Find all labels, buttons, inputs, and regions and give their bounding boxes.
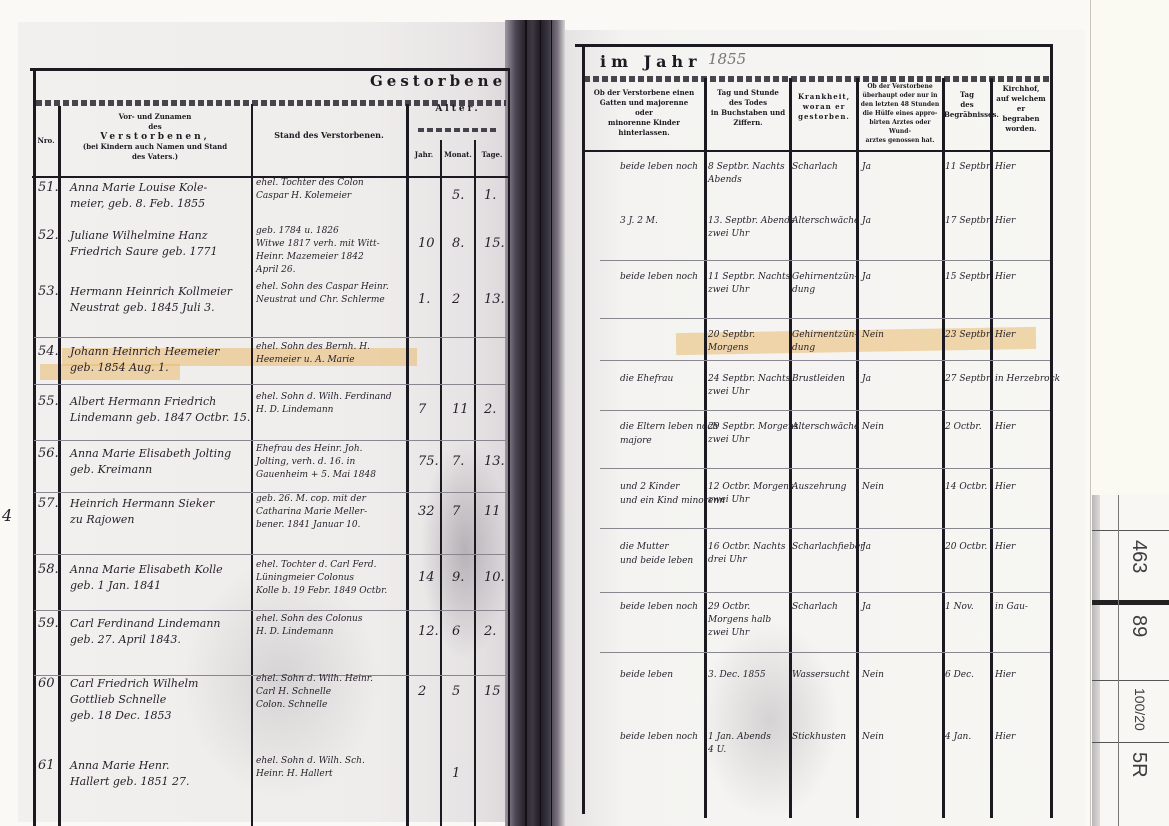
survivors: beide leben noch — [620, 600, 698, 615]
deceased-name: Anna Marie Elisabeth Kolle — [70, 562, 223, 577]
header-jahr: Jahr. — [408, 150, 440, 160]
deceased-name: Gottlieb Schnelle — [70, 692, 166, 707]
physician-attended: Nein — [862, 668, 884, 683]
survivors: und beide leben — [620, 554, 693, 569]
cause-of-death: Scharlach — [792, 600, 838, 615]
header-tag-stunde: Tag und Stunde des Todes in Buchstaben u… — [707, 88, 789, 128]
deceased-name: geb. 1854 Aug. 1. — [70, 360, 169, 375]
deceased-status: bener. 1841 Januar 10. — [256, 518, 360, 533]
age-years: 75. — [418, 454, 439, 469]
deceased-name: Hermann Heinrich Kollmeier — [70, 284, 232, 299]
gutter-line — [551, 20, 552, 826]
cemetery: Hier — [995, 540, 1015, 555]
cause-of-death: Wassersucht — [792, 668, 850, 683]
survivors: beide leben — [620, 668, 673, 683]
row-number: 61 — [38, 758, 55, 773]
cause-of-death: Alterschwäche — [792, 420, 859, 435]
burial-date: 27 Septbr. — [945, 372, 992, 387]
survivors: 3 J. 2 M. — [620, 214, 658, 229]
deceased-name: Hallert geb. 1851 27. — [70, 774, 189, 789]
survivors: die Mutter — [620, 540, 669, 555]
deceased-status: Neustrat und Chr. Schlerme — [256, 293, 385, 308]
age-days: 1. — [484, 188, 496, 203]
deceased-status: Heinr. H. Hallert — [256, 767, 333, 782]
age-years: 12. — [418, 624, 439, 639]
cause-of-death: dung — [792, 341, 815, 356]
margin-mark: 4 — [2, 508, 12, 523]
burial-date: 23 Septbr. — [945, 328, 992, 343]
deceased-status: Caspar H. Kolemeier — [256, 189, 351, 204]
page-title-left: Gestorbene — [370, 72, 506, 90]
death-date-time: Morgens — [708, 341, 748, 356]
survivors: majore — [620, 434, 652, 449]
deceased-name: Anna Marie Louise Kole- — [70, 180, 207, 195]
deceased-name: Johann Heinrich Heemeier — [70, 344, 219, 359]
cause-of-death: Scharlach — [792, 160, 838, 175]
row-number: 56. — [38, 446, 59, 461]
death-date-time: zwei Uhr — [708, 385, 749, 400]
header-krankheit: Krankheit, woran er gestorben. — [792, 92, 856, 122]
deceased-status: H. D. Lindemann — [256, 403, 333, 418]
header-alter: Alter. — [408, 104, 508, 114]
deceased-status: Kolle b. 19 Febr. 1849 Octbr. — [256, 584, 387, 599]
deceased-status: H. D. Lindemann — [256, 625, 333, 640]
deceased-name: geb. Kreimann — [70, 462, 152, 477]
cemetery: Hier — [995, 270, 1015, 285]
physician-attended: Nein — [862, 420, 884, 435]
physician-attended: Ja — [862, 214, 871, 229]
deceased-status: April 26. — [256, 263, 296, 278]
cause-of-death: Brustleiden — [792, 372, 845, 387]
survivors: beide leben noch — [620, 160, 698, 175]
header-hinterlassen: Ob der Verstorbene einen Gatten und majo… — [586, 88, 702, 138]
survivors: beide leben noch — [620, 270, 698, 285]
header-arzt: Ob der Verstorbene überhaupt oder nur in… — [859, 82, 941, 145]
deceased-name: geb. 18 Dec. 1853 — [70, 708, 172, 723]
deceased-status: Colon. Schnelle — [256, 698, 327, 713]
cemetery: Hier — [995, 328, 1015, 343]
cemetery: Hier — [995, 214, 1015, 229]
cemetery: Hier — [995, 480, 1015, 495]
age-years: 1. — [418, 292, 430, 307]
deceased-name: Albert Hermann Friedrich — [70, 394, 216, 409]
burial-date: 6 Dec. — [945, 668, 974, 683]
physician-attended: Ja — [862, 372, 871, 387]
row-number: 57. — [38, 496, 59, 511]
row-number: 59. — [38, 616, 59, 631]
physician-attended: Nein — [862, 730, 884, 745]
age-months: 1 — [452, 766, 460, 781]
deceased-name: Anna Marie Elisabeth Jolting — [70, 446, 231, 461]
cemetery: in Herzebrock — [995, 372, 1060, 387]
deceased-name: geb. 1 Jan. 1841 — [70, 578, 161, 593]
physician-attended: Ja — [862, 270, 871, 285]
death-date-time: zwei Uhr — [708, 433, 749, 448]
physician-attended: Nein — [862, 480, 884, 495]
age-days: 13. — [484, 292, 505, 307]
cemetery: Hier — [995, 420, 1015, 435]
death-date-time: zwei Uhr — [708, 626, 749, 641]
physician-attended: Ja — [862, 600, 871, 615]
gutter-line — [540, 20, 541, 826]
header-stand: Stand des Verstorbenen. — [254, 130, 404, 140]
cemetery: in Gau- — [995, 600, 1028, 615]
age-years: 2 — [418, 684, 426, 699]
age-days: 15 — [484, 684, 501, 699]
death-date-time: zwei Uhr — [708, 493, 749, 508]
header-tage: Tage. — [476, 150, 508, 160]
cause-of-death: Auszehrung — [792, 480, 846, 495]
burial-date: 15 Septbr. — [945, 270, 992, 285]
physician-attended: Ja — [862, 540, 871, 555]
cemetery: Hier — [995, 160, 1015, 175]
deceased-name: Juliane Wilhelmine Hanz — [70, 228, 208, 243]
header-name: Vor- und Zunamen des Verstorbenen, (bei … — [60, 112, 250, 162]
header-nr: Nro. — [34, 136, 58, 146]
burial-date: 14 Octbr. — [945, 480, 987, 495]
age-years: 14 — [418, 570, 435, 585]
age-days: 15. — [484, 236, 505, 251]
archive-label-89: 89 — [1127, 615, 1150, 637]
age-months: 8. — [452, 236, 464, 251]
header-kirchhof: Kirchhof, auf welchem er begraben worden… — [992, 84, 1050, 134]
age-months: 2 — [452, 292, 460, 307]
age-years: 32 — [418, 504, 435, 519]
age-months: 9. — [452, 570, 464, 585]
cemetery: Hier — [995, 730, 1015, 745]
burial-date: 17 Septbr. — [945, 214, 992, 229]
age-days: 2. — [484, 624, 496, 639]
deceased-status: Gauenheim + 5. Mai 1848 — [256, 468, 376, 483]
row-number: 52. — [38, 228, 59, 243]
age-days: 2. — [484, 402, 496, 417]
book-gutter — [505, 20, 565, 826]
deceased-name: Lindemann geb. 1847 Octbr. 15. — [70, 410, 250, 425]
header-monat: Monat. — [442, 150, 474, 160]
cause-of-death: Alterschwäche — [792, 214, 859, 229]
cemetery: Hier — [995, 668, 1015, 683]
survivors: und 2 Kinder — [620, 480, 680, 495]
age-months: 11 — [452, 402, 469, 417]
row-number: 53. — [38, 284, 59, 299]
burial-date: 2 Octbr. — [945, 420, 982, 435]
deceased-name: Friedrich Saure geb. 1771 — [70, 244, 218, 259]
deceased-status: Heemeier u. A. Marie — [256, 353, 355, 368]
row-number: 58. — [38, 562, 59, 577]
cause-of-death: Stickhusten — [792, 730, 846, 745]
age-months: 6 — [452, 624, 460, 639]
gutter-line — [525, 20, 527, 826]
archive-label-463: 463 — [1127, 540, 1150, 573]
age-days: 13. — [484, 454, 505, 469]
row-number: 51. — [38, 180, 59, 195]
survivors: beide leben noch — [620, 730, 698, 745]
age-days: 10. — [484, 570, 505, 585]
register-year: 1855 — [708, 50, 746, 68]
age-months: 5. — [452, 188, 464, 203]
death-date-time: zwei Uhr — [708, 227, 749, 242]
age-months: 7 — [452, 504, 460, 519]
deceased-name: Carl Friedrich Wilhelm — [70, 676, 198, 691]
row-number: 55. — [38, 394, 59, 409]
physician-attended: Nein — [862, 328, 884, 343]
survivors: die Ehefrau — [620, 372, 673, 387]
deceased-name: meier, geb. 8. Feb. 1855 — [70, 196, 205, 211]
age-days: 11 — [484, 504, 501, 519]
header-begraebnis: Tag des Begräbnisses. — [944, 90, 990, 120]
death-date-time: Abends — [708, 173, 742, 188]
deceased-name: Anna Marie Henr. — [70, 758, 170, 773]
burial-date: 20 Octbr. — [945, 540, 987, 555]
survivors: die Eltern leben noch — [620, 420, 718, 435]
deceased-name: Neustrat geb. 1845 Juli 3. — [70, 300, 215, 315]
death-date-time: 4 U. — [708, 743, 726, 758]
cause-of-death: Scharlachfieber — [792, 540, 864, 555]
page-title-right: im Jahr — [600, 52, 702, 71]
deceased-name: Heinrich Hermann Sieker — [70, 496, 214, 511]
deceased-name: geb. 27. April 1843. — [70, 632, 181, 647]
archive-label-100-20: 100/20 — [1132, 688, 1148, 731]
ink-smudge — [700, 620, 840, 820]
row-number: 60 — [38, 676, 55, 691]
death-date-time: 3. Dec. 1855 — [708, 668, 766, 683]
death-date-time: drei Uhr — [708, 553, 747, 568]
burial-date: 1 Nov. — [945, 600, 974, 615]
cause-of-death: dung — [792, 283, 815, 298]
row-number: 54. — [38, 344, 59, 359]
age-years: 10 — [418, 236, 435, 251]
age-months: 7. — [452, 454, 464, 469]
age-months: 5 — [452, 684, 460, 699]
burial-date: 4 Jan. — [945, 730, 971, 745]
physician-attended: Ja — [862, 160, 871, 175]
age-years: 7 — [418, 402, 426, 417]
archive-label-5r: 5R — [1127, 752, 1150, 778]
deceased-name: Carl Ferdinand Lindemann — [70, 616, 221, 631]
deceased-name: zu Rajowen — [70, 512, 135, 527]
burial-date: 11 Septbr. — [945, 160, 992, 175]
death-date-time: zwei Uhr — [708, 283, 749, 298]
